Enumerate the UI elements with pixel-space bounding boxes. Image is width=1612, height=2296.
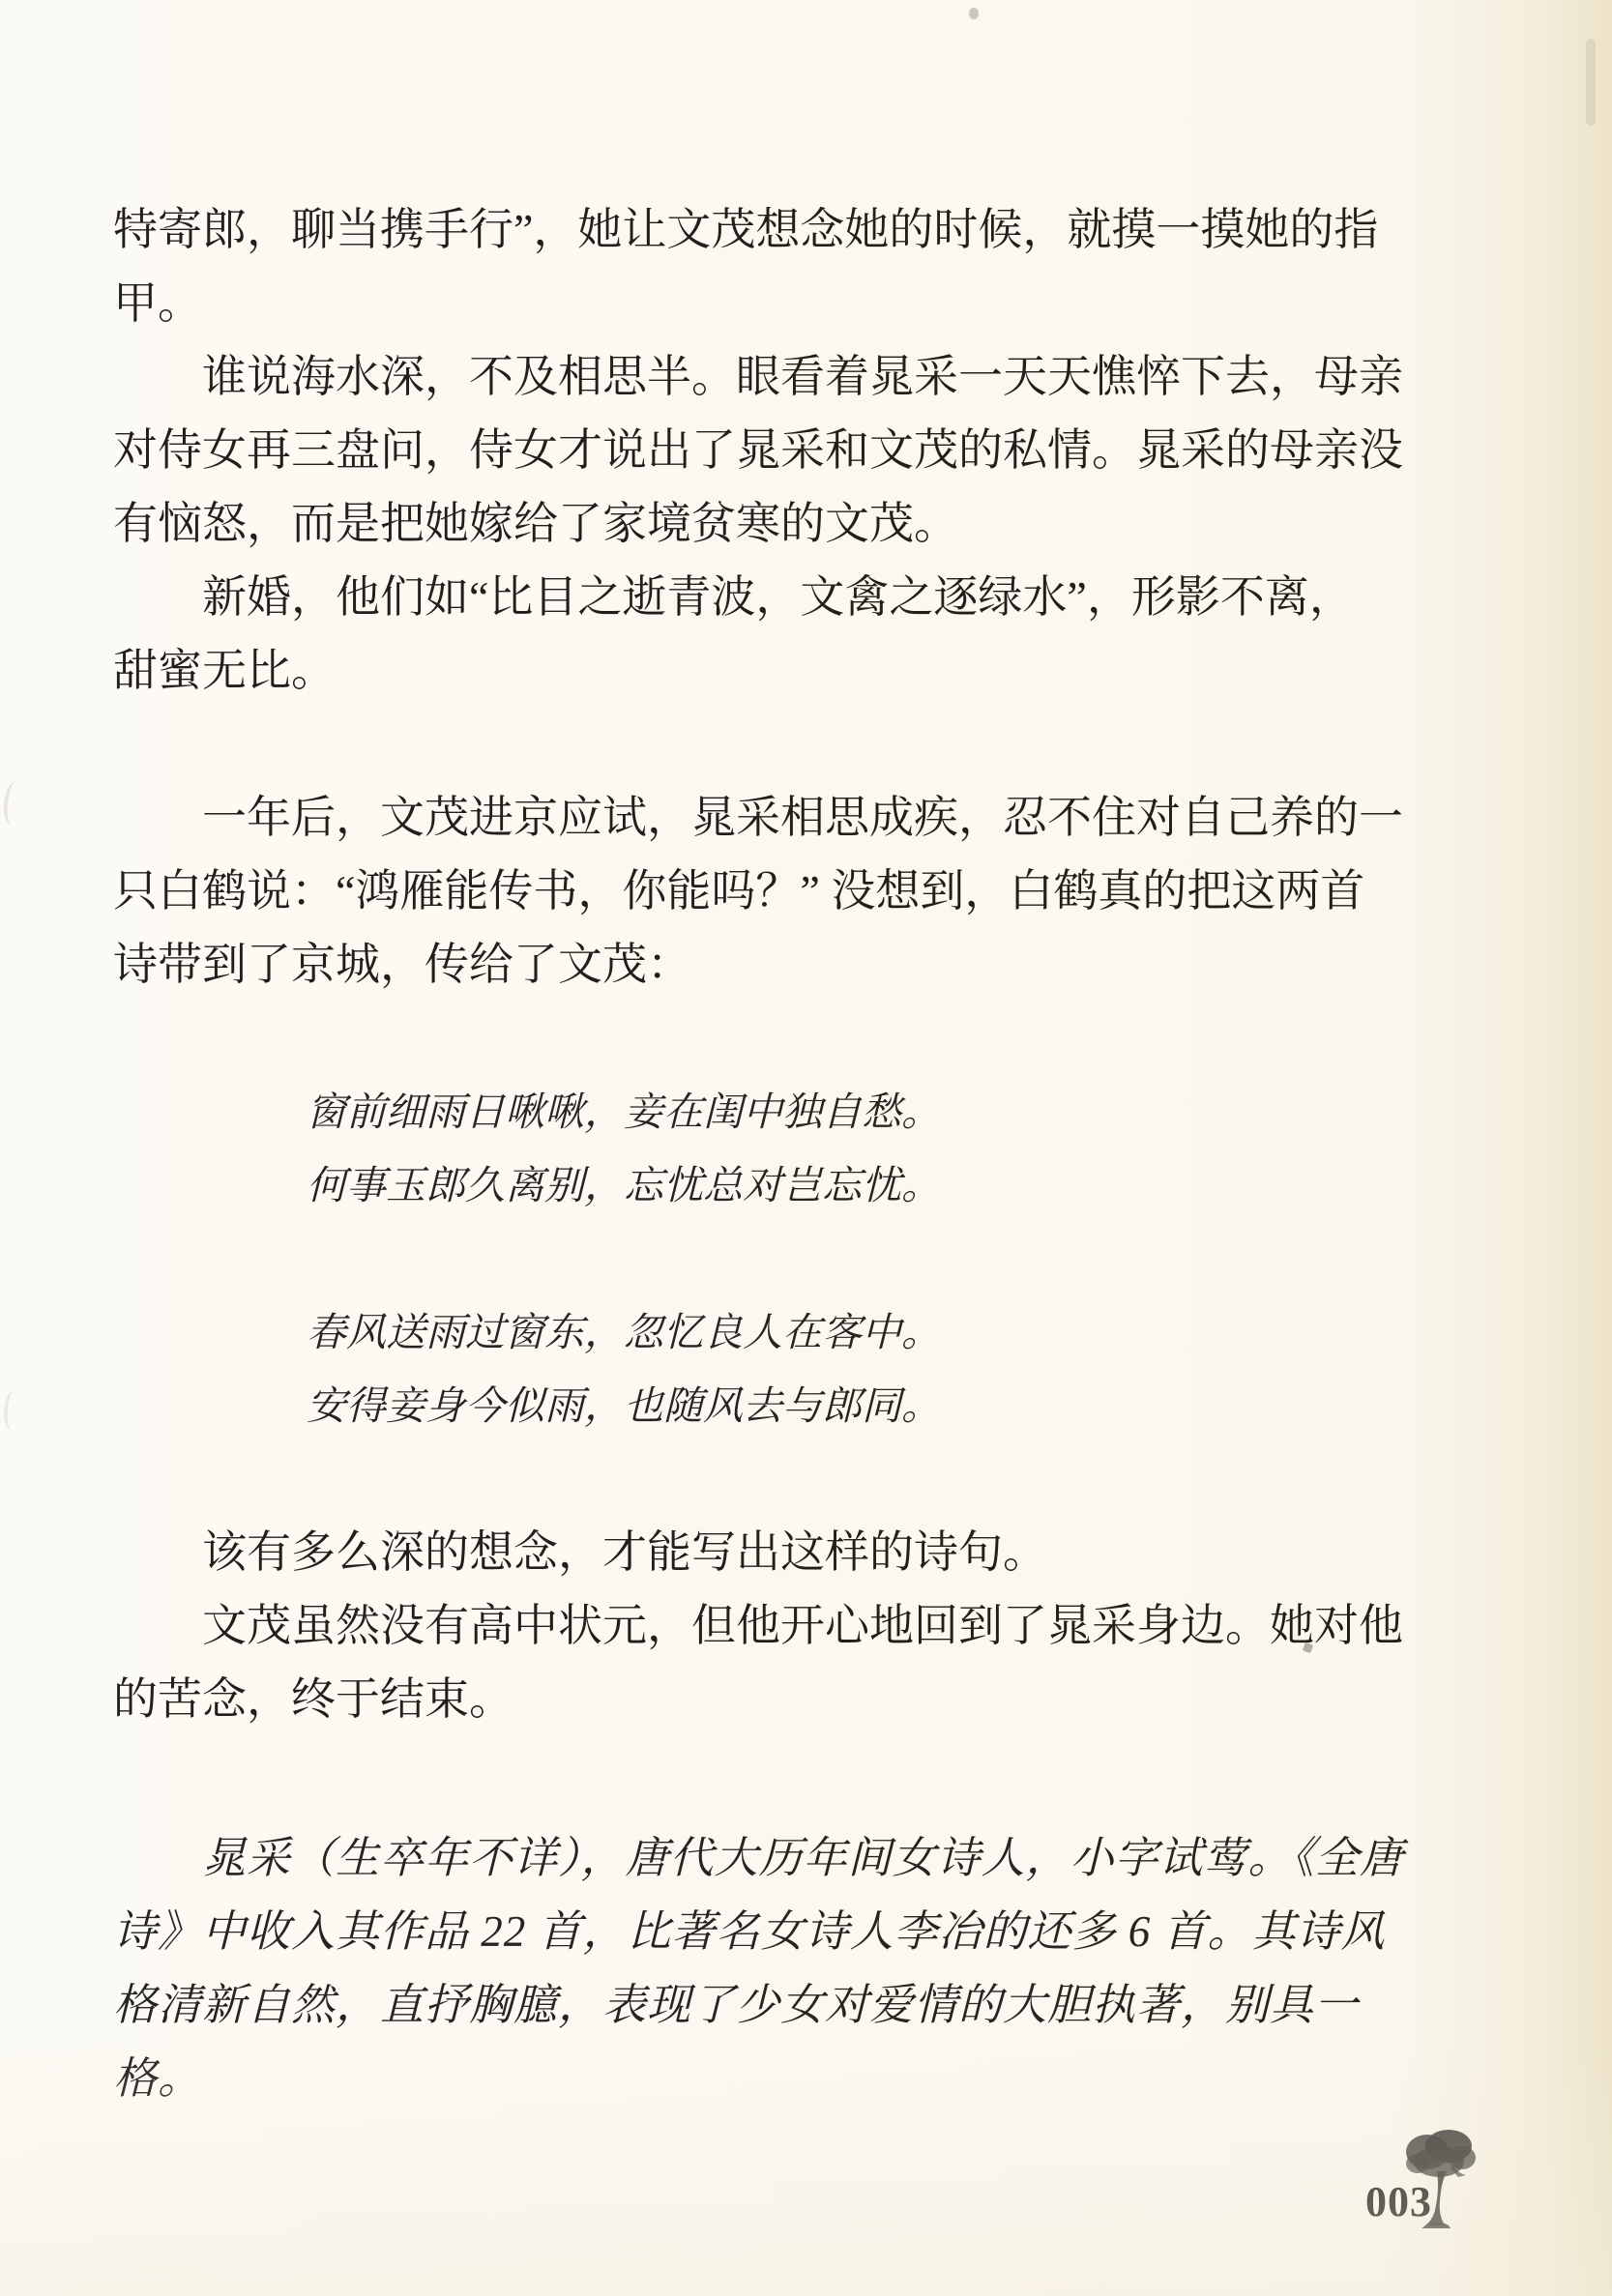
scan-artifact — [1586, 39, 1596, 126]
text-line: 何事玉郎久离别，忘忧总对岂忘忧。 — [307, 1148, 1419, 1222]
page-footer: 003 — [1365, 2164, 1501, 2280]
text-line: 格。 — [113, 2042, 1419, 2115]
poem-one: 窗前细雨日啾啾，妾在闺中独自愁。何事玉郎久离别，忘忧总对岂忘忧。 — [113, 1075, 1419, 1222]
text-line: 有恼怒，而是把她嫁给了家境贫寒的文茂。 — [113, 487, 1419, 561]
text-line: 新婚，他们如“比目之逝青波，文禽之逐绿水”，形影不离， — [113, 561, 1419, 634]
text-line: 安得妾身今似雨，也随风去与郎同。 — [307, 1369, 1419, 1442]
text-line: 该有多么深的想念，才能写出这样的诗句。 — [113, 1516, 1419, 1589]
paragraph-reunion: 文茂虽然没有高中状元，但他开心地回到了晁采身边。她对他的苦念，终于结束。 — [113, 1589, 1419, 1736]
paragraph-mother-inquiry: 谁说海水深，不及相思半。眼看着晁采一天天憔悴下去，母亲对侍女再三盘问，侍女才说出… — [113, 340, 1419, 561]
text-line: 特寄郎，聊当携手行”，她让文茂想念她的时候，就摸一摸她的指 — [113, 193, 1419, 267]
text-line: 的苦念，终于结束。 — [113, 1663, 1419, 1736]
text-line: 只白鹤说：“鸿雁能传书，你能吗？” 没想到，白鹤真的把这两首 — [113, 855, 1419, 928]
scan-artifact — [2, 780, 28, 827]
poem-two: 春风送雨过窗东，忽忆良人在客中。安得妾身今似雨，也随风去与郎同。 — [113, 1295, 1419, 1442]
text-block: 特寄郎，聊当携手行”，她让文茂想念她的时候，就摸一摸她的指甲。谁说海水深，不及相… — [113, 193, 1419, 2115]
paragraph-comment: 该有多么深的想念，才能写出这样的诗句。 — [113, 1516, 1419, 1589]
text-line: 窗前细雨日啾啾，妾在闺中独自愁。 — [307, 1075, 1419, 1148]
text-line: 诗带到了京城，传给了文茂： — [113, 928, 1419, 1002]
page-number: 003 — [1365, 2177, 1432, 2226]
text-line: 一年后，文茂进京应试，晁采相思成疾，忍不住对自己养的一 — [113, 781, 1419, 855]
text-line: 对侍女再三盘问，侍女才说出了晁采和文茂的私情。晁采的母亲没 — [113, 414, 1419, 487]
text-line: 谁说海水深，不及相思半。眼看着晁采一天天憔悴下去，母亲 — [113, 340, 1419, 414]
text-line: 春风送雨过窗东，忽忆良人在客中。 — [307, 1295, 1419, 1369]
scan-artifact — [3, 1389, 25, 1431]
text-line: 文茂虽然没有高中状元，但他开心地回到了晁采身边。她对他 — [113, 1589, 1419, 1663]
paragraph-crane: 一年后，文茂进京应试，晁采相思成疾，忍不住对自己养的一只白鹤说：“鸿雁能传书，你… — [113, 781, 1419, 1002]
text-line: 诗》中收入其作品 22 首，比著名女诗人李冶的还多 6 首。其诗风 — [113, 1895, 1419, 1968]
text-line: 格清新自然，直抒胸臆，表现了少女对爱情的大胆执著，别具一 — [113, 1968, 1419, 2042]
text-line: 甲。 — [113, 267, 1419, 340]
text-line: 甜蜜无比。 — [113, 634, 1419, 708]
paragraph-continuation: 特寄郎，聊当携手行”，她让文茂想念她的时候，就摸一摸她的指甲。 — [113, 193, 1419, 340]
paragraph-biography: 晁采（生卒年不详），唐代大历年间女诗人，小字试莺。《全唐诗》中收入其作品 22 … — [113, 1821, 1419, 2115]
paragraph-newlywed: 新婚，他们如“比目之逝青波，文禽之逐绿水”，形影不离，甜蜜无比。 — [113, 561, 1419, 708]
scan-artifact — [969, 8, 979, 19]
book-page: 特寄郎，聊当携手行”，她让文茂想念她的时候，就摸一摸她的指甲。谁说海水深，不及相… — [0, 0, 1612, 2296]
text-line: 晁采（生卒年不详），唐代大历年间女诗人，小字试莺。《全唐 — [113, 1821, 1419, 1895]
